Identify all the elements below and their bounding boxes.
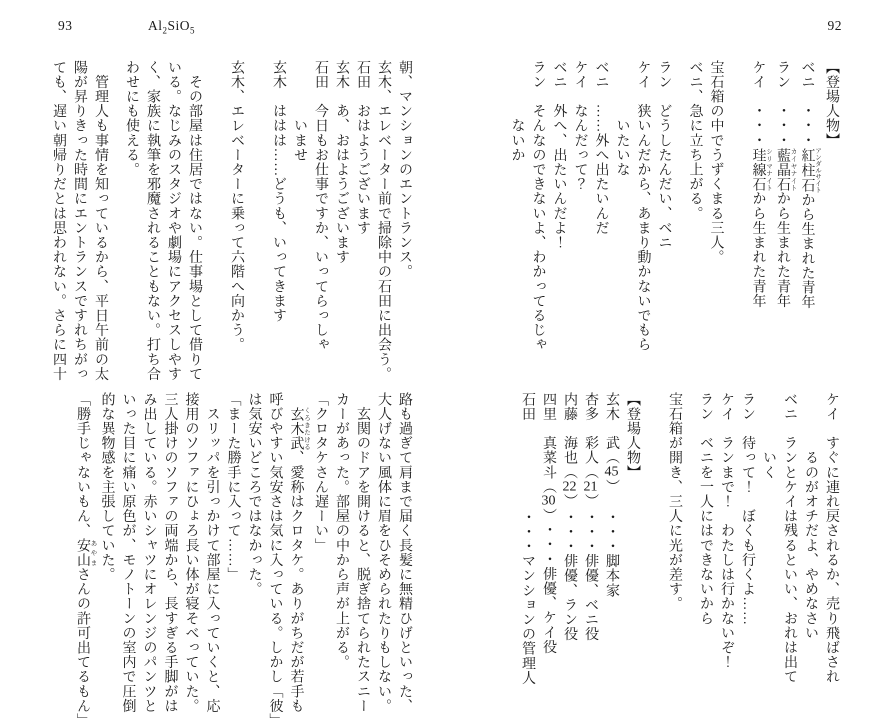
text-column: 路も過ぎて肩まで届く長髪に無精ひげといった、	[394, 392, 415, 718]
text-column: 玄木、エレベーター前で掃除中の石田に出会う。	[373, 60, 394, 390]
text-run: ても、遅い朝帰りだとは思われない。さらに四十	[51, 60, 66, 381]
text-column: く、家族に執筆を邪魔されることもない。打ち合	[142, 60, 163, 390]
text-band-lower-left: 路も過ぎて肩まで届く長髪に無精ひげといった、大人げない風体に眉をひそめられたりも…	[72, 392, 415, 718]
text-column: 陽が昇りきった時間にエントランスですれちがっ	[69, 60, 90, 390]
cast-name-slot: 四里 真菜斗（30）	[538, 392, 559, 523]
text-column: いる。なじみのスタジオや劇場にアクセスしやす	[163, 60, 184, 390]
text-run: ケイ 狭いんだから、あまり動かないでもら	[636, 60, 651, 352]
text-run: 玄木 ははは……どうも、いってきます	[271, 60, 286, 323]
text-run: 玄木 武（	[604, 392, 619, 465]
age-tatechuyoko: 22	[562, 480, 577, 494]
text-column: ベニ ・・・紅柱石アンダルサイトから生まれた青年	[797, 60, 822, 390]
text-run: ベニ ・・・	[800, 60, 815, 148]
text-column: 杏多 彩人（21）・・・俳優、ベニ役	[580, 392, 601, 718]
text-run: 【登場人物】	[824, 60, 839, 148]
text-column: 朝、マンションのエントランス。	[394, 60, 415, 390]
furigana: あやま	[90, 538, 97, 567]
text-column: るのがオチだよ、やめなさい	[800, 392, 821, 718]
ruby-word: 藍晶石カイヤナイト	[775, 148, 790, 192]
text-column: 【登場人物】	[821, 60, 842, 390]
text-run: 、愛称はクロタケ。ありがちだが若手も	[289, 450, 304, 713]
text-column: 玄関のドアを開けると、脱ぎ捨てられたスニー	[352, 392, 373, 718]
text-column: み出している。赤いシャツにオレンジのパンツと	[139, 392, 160, 718]
chapter-title-base1: Al	[148, 18, 163, 33]
text-column: 玄木、エレベーターに乗って六階へ向かう。	[226, 60, 247, 390]
text-column: いませ	[289, 60, 310, 390]
text-run: いませ	[292, 60, 307, 162]
text-run: から生まれた青年	[800, 193, 815, 310]
age-tatechuyoko: 45	[604, 465, 619, 479]
text-column: 管理人も事情を知っているから、平日午前の太	[90, 60, 111, 390]
text-run: さんの許可出てるもん」	[75, 567, 90, 720]
text-run: 朝、マンションのエントランス。	[397, 60, 412, 279]
text-column: 宝石箱の中でうずくまる三人。	[706, 60, 727, 390]
text-run: ないか	[510, 60, 525, 162]
text-run: ベニ 外へ、出たいんだよ！	[552, 60, 567, 250]
text-run: ・・・マンションの管理人	[520, 510, 535, 685]
text-run: るのがオチだよ、やめなさい	[803, 392, 818, 640]
text-run: 玄木、エレベーターに乗って六階へ向かう。	[229, 60, 244, 352]
text-column: 玄木 あ、おはようございます	[331, 60, 352, 390]
text-run: ラン どうしたんだい、ベニ	[657, 60, 672, 250]
text-run: ラン ・・・	[775, 60, 790, 148]
text-run: その部屋は住居ではない。仕事場として借りて	[187, 60, 202, 381]
text-column: わせにも使える。	[121, 60, 142, 390]
text-column: 「勝手じゃないもん、安山あやまさんの許可出てるもん」	[72, 392, 97, 718]
text-run: ・・・俳優、ケイ役	[541, 523, 556, 654]
text-run: 玄関のドアを開けると、脱ぎ捨てられたスニー	[355, 392, 370, 713]
book-spread: 93 Al2SiO5 朝、マンションのエントランス。玄木、エレベーター前で掃除中…	[0, 0, 875, 720]
text-run: 的な異物感を主張していた。	[100, 392, 115, 582]
text-run: 石田	[520, 392, 535, 421]
text-run: カーがあった。部屋の中から声が上がる。	[334, 392, 349, 669]
text-run: ）	[604, 479, 619, 494]
text-column: 玄木 武（45）・・・脚本家	[601, 392, 622, 718]
text-column: ケイ なんだって？	[570, 60, 591, 390]
furigana: シリマナイト	[765, 148, 772, 192]
text-run: いる。なじみのスタジオや劇場にアクセスしやす	[166, 60, 181, 381]
text-column: 石田 おはようございます	[352, 60, 373, 390]
text-column: 「クロタケさん遅ーい」	[310, 392, 331, 718]
text-run: ケイ ・・・	[751, 60, 766, 148]
chapter-title-sub2: 5	[190, 26, 195, 36]
text-column: いく	[758, 392, 779, 718]
text-run: ・・・脚本家	[604, 510, 619, 598]
text-run: ベニ ランとケイは残るといい、おれは出て	[782, 392, 797, 684]
chapter-title-base2: SiO	[168, 18, 191, 33]
text-run: 【登場人物】	[625, 392, 640, 480]
cast-name-slot: 杏多 彩人（21）	[580, 392, 601, 510]
ruby-word: 珪線石シリマナイト	[751, 148, 766, 192]
text-column: その部屋は住居ではない。仕事場として借りて	[184, 60, 205, 390]
text-run: 「勝手じゃないもん、	[75, 392, 90, 538]
text-run: 「クロタケさん遅ーい」	[313, 392, 328, 553]
furigana: アンダルサイト	[814, 147, 821, 193]
text-column: ラン そんなのできないよ、わかってるじゃ	[528, 60, 549, 390]
text-column: 三人掛けのソファの両端から、長すぎる手脚がは	[160, 392, 181, 718]
text-column: ラン ベニを一人にはできないから	[695, 392, 716, 718]
text-run: ）	[562, 494, 577, 509]
text-column: 的な異物感を主張していた。	[97, 392, 118, 718]
text-run: 宝石箱の中でうずくまる三人。	[709, 60, 724, 264]
text-run: 路も過ぎて肩まで届く長髪に無精ひげといった、	[397, 392, 412, 713]
text-column: 宝石箱が開き、三人に光が差す。	[664, 392, 685, 718]
text-column: ても、遅い朝帰りだとは思われない。さらに四十	[48, 60, 69, 390]
text-column: ベニ ……外へ出たいんだ	[591, 60, 612, 390]
text-run: から生まれた青年	[775, 191, 790, 308]
text-run: ケイ すぐに連れ戻されるか、売り飛ばされ	[824, 392, 839, 684]
text-run	[289, 392, 304, 407]
cast-name-slot: 石田	[517, 392, 538, 510]
page-number-right: 92	[828, 18, 843, 34]
text-column: ベニ ランとケイは残るといい、おれは出て	[779, 392, 800, 718]
text-run: いった目に痛い原色が、モノトーンの室内で圧倒	[121, 392, 136, 713]
ruby-word: 紅柱石アンダルサイト	[800, 148, 815, 193]
text-run: 接用のソファにひょろ長い体が寝そべっていた。	[184, 392, 199, 713]
text-run: ラン ベニを一人にはできないから	[698, 392, 713, 626]
chapter-title: Al2SiO5	[148, 18, 195, 34]
ruby-word: 玄木武くろきたける	[289, 407, 304, 451]
text-column: 大人げない風体に眉をひそめられたりもしない。	[373, 392, 394, 718]
text-column: 石田・・・マンションの管理人	[517, 392, 538, 718]
text-run: 陽が昇りきった時間にエントランスですれちがっ	[72, 60, 87, 381]
text-run: ベニ ……外へ出たいんだ	[594, 60, 609, 235]
text-column: 石田 今日もお仕事ですか、いってらっしゃ	[310, 60, 331, 390]
text-column: 玄木 ははは……どうも、いってきます	[268, 60, 289, 390]
ruby-word: 安山あやま	[75, 538, 90, 567]
text-run: 内藤 海也（	[562, 392, 577, 480]
text-column: ベニ 外へ、出たいんだよ！	[549, 60, 570, 390]
text-run: 四里 真菜斗（	[541, 392, 556, 494]
text-run: く、家族に執筆を邪魔されることもない。打ち合	[145, 60, 160, 381]
text-run: 宝石箱が開き、三人に光が差す。	[667, 392, 682, 611]
text-column: ケイ ・・・珪線石シリマナイトから生まれた青年	[748, 60, 773, 390]
cast-name-slot: 玄木 武（45）	[601, 392, 622, 510]
text-column: ケイ すぐに連れ戻されるか、売り飛ばされ	[821, 392, 842, 718]
text-run: 管理人も事情を知っているから、平日午前の太	[93, 60, 108, 381]
text-column: ケイ ランまで！ わたしは行かないぞ！	[716, 392, 737, 718]
age-tatechuyoko: 30	[541, 494, 556, 508]
text-run: 玄木 あ、おはようございます	[334, 60, 349, 264]
text-column: 接用のソファにひょろ長い体が寝そべっていた。	[181, 392, 202, 718]
text-column: ラン 待って！ ぼくも行くよ……	[737, 392, 758, 718]
text-run: いたいな	[615, 60, 630, 177]
text-run: スリッパを引っかけて部屋に入っていくと、応	[205, 392, 220, 713]
text-run: ）	[583, 494, 598, 509]
text-run: ケイ ランまで！ わたしは行かないぞ！	[719, 392, 734, 669]
text-run: ）	[541, 508, 556, 523]
text-run: み出している。赤いシャツにオレンジのパンツと	[142, 392, 157, 713]
text-run: ・・・俳優、ラン役	[562, 510, 577, 641]
text-column: ラン ・・・藍晶石カイヤナイトから生まれた青年	[772, 60, 797, 390]
text-run: 玄木、エレベーター前で掃除中の石田に出会う。	[376, 60, 391, 381]
text-run: ラン そんなのできないよ、わかってるじゃ	[531, 60, 546, 352]
text-column: いたいな	[612, 60, 633, 390]
text-column: ラン どうしたんだい、ベニ	[654, 60, 675, 390]
text-run: ケイ なんだって？	[573, 60, 588, 191]
text-column: カーがあった。部屋の中から声が上がる。	[331, 392, 352, 718]
text-column: 内藤 海也（22）・・・俳優、ラン役	[559, 392, 580, 718]
text-column: スリッパを引っかけて部屋に入っていくと、応	[202, 392, 223, 718]
cast-name-slot: 内藤 海也（22）	[559, 392, 580, 510]
text-band-upper-left: 朝、マンションのエントランス。玄木、エレベーター前で掃除中の石田に出会う。石田 …	[48, 60, 415, 390]
text-run: 石田 今日もお仕事ですか、いってらっしゃ	[313, 60, 328, 352]
furigana: カイヤナイト	[790, 148, 797, 192]
text-column: いった目に痛い原色が、モノトーンの室内で圧倒	[118, 392, 139, 718]
text-run: ラン 待って！ ぼくも行くよ……	[740, 392, 755, 626]
text-column: 【登場人物】	[622, 392, 643, 718]
text-run: は気安いどころではなかった。	[247, 392, 262, 596]
text-column: 呼びやすい気安さは気に入っている。しかし「彼」	[265, 392, 286, 718]
text-column: は気安いどころではなかった。	[244, 392, 265, 718]
text-run: から生まれた青年	[751, 191, 766, 308]
text-run: 「まーた勝手に入って……」	[226, 392, 241, 582]
text-band-upper-right: 【登場人物】ベニ ・・・紅柱石アンダルサイトから生まれた青年ラン ・・・藍晶石カ…	[507, 60, 843, 390]
text-run: 呼びやすい気安さは気に入っている。しかし「彼」	[268, 392, 283, 720]
text-run: ・・・俳優、ベニ役	[583, 510, 598, 641]
text-run: 三人掛けのソファの両端から、長すぎる手脚がは	[163, 392, 178, 713]
text-run: 杏多 彩人（	[583, 392, 598, 480]
text-column: 玄木武くろきたける、愛称はクロタケ。ありがちだが若手も	[286, 392, 311, 718]
text-column: 「まーた勝手に入って……」	[223, 392, 244, 718]
text-column: ベニ、急に立ち上がる。	[685, 60, 706, 390]
text-run: いく	[761, 392, 776, 480]
text-band-lower-right: ケイ すぐに連れ戻されるか、売り飛ばされ るのがオチだよ、やめなさいベニ ランと…	[517, 392, 842, 718]
furigana: くろきたける	[303, 407, 310, 451]
text-column: 四里 真菜斗（30）・・・俳優、ケイ役	[538, 392, 559, 718]
page-right-92: 92 【登場人物】ベニ ・・・紅柱石アンダルサイトから生まれた青年ラン ・・・藍…	[437, 0, 875, 720]
text-column: ケイ 狭いんだから、あまり動かないでもら	[633, 60, 654, 390]
text-run: わせにも使える。	[124, 60, 139, 177]
text-run: 大人げない風体に眉をひそめられたりもしない。	[376, 392, 391, 713]
text-run: 石田 おはようございます	[355, 60, 370, 235]
age-tatechuyoko: 21	[583, 480, 598, 494]
text-column: ないか	[507, 60, 528, 390]
page-number-left: 93	[58, 18, 73, 34]
page-left-93: 93 Al2SiO5 朝、マンションのエントランス。玄木、エレベーター前で掃除中…	[0, 0, 437, 720]
text-run: ベニ、急に立ち上がる。	[688, 60, 703, 221]
